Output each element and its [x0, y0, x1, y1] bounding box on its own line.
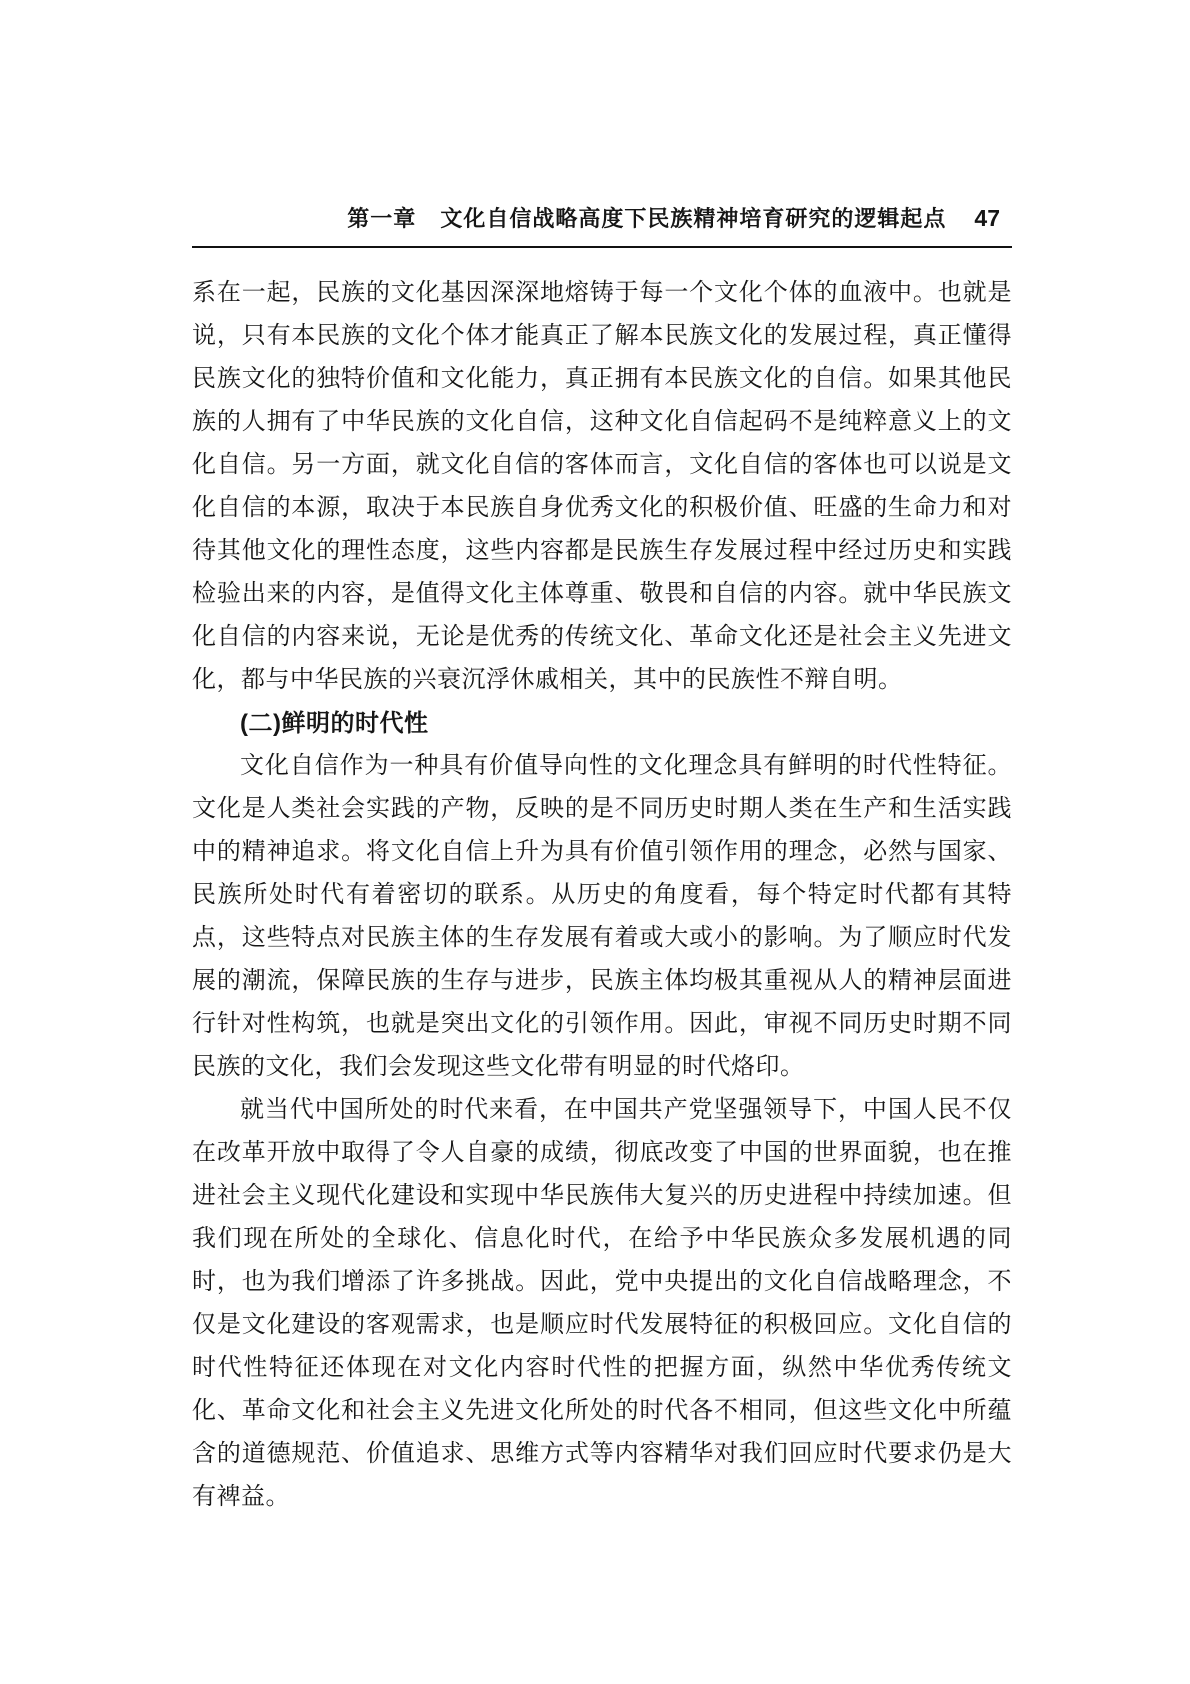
paragraph: 就当代中国所处的时代来看，在中国共产党坚强领导下，中国人民不仅在改革开放中取得了… [192, 1089, 1012, 1519]
paragraph: 文化自信作为一种具有价值导向性的文化理念具有鲜明的时代性特征。文化是人类社会实践… [192, 745, 1012, 1089]
page-number: 47 [974, 205, 1000, 231]
paragraph-continuation: 系在一起，民族的文化基因深深地熔铸于每一个文化个体的血液中。也就是说，只有本民族… [192, 272, 1012, 702]
book-page: 第一章文化自信战略高度下民族精神培育研究的逻辑起点47 系在一起，民族的文化基因… [0, 0, 1190, 1684]
header-rule [192, 246, 1012, 248]
chapter-title: 文化自信战略高度下民族精神培育研究的逻辑起点 [440, 206, 946, 231]
section-subheading: (二)鲜明的时代性 [192, 702, 1012, 745]
page-body: 系在一起，民族的文化基因深深地熔铸于每一个文化个体的血液中。也就是说，只有本民族… [192, 272, 1012, 1519]
page-header: 第一章文化自信战略高度下民族精神培育研究的逻辑起点47 [192, 202, 1012, 235]
chapter-label: 第一章 [347, 206, 416, 231]
